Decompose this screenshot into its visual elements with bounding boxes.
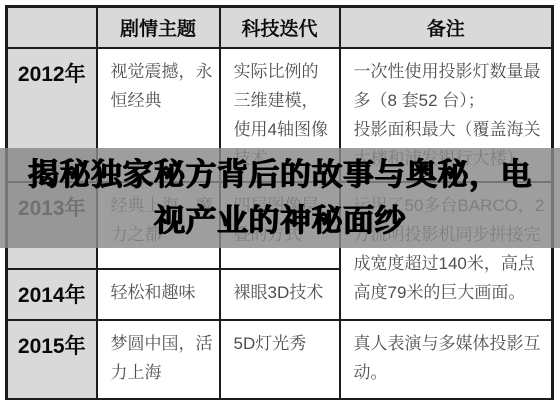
- tech-cell-2014: 裸眼3D技术: [220, 269, 340, 320]
- year-cell-2014: 2014年: [7, 269, 97, 320]
- headline-overlay: 揭秘独家秘方背后的故事与奥秘，电 视产业的神秘面纱: [0, 148, 560, 248]
- tech-cell-2015: 5D灯光秀: [220, 320, 340, 399]
- table-header-row: 剧情主题 科技迭代 备注: [7, 7, 553, 49]
- theme-cell-2015: 梦圆中国，活 力上海: [97, 320, 220, 399]
- year-cell-2015: 2015年: [7, 320, 97, 399]
- page: 剧情主题 科技迭代 备注 2012年 视觉震撼，永 恒经典 实际比例的 三维建模…: [0, 0, 560, 400]
- header-note: 备注: [340, 7, 553, 49]
- table-row: 2015年 梦圆中国，活 力上海 5D灯光秀 真人表演与多媒体投影互 动。: [7, 320, 553, 399]
- headline-title: 揭秘独家秘方背后的故事与奥秘，电 视产业的神秘面纱: [28, 152, 533, 244]
- header-tech: 科技迭代: [220, 7, 340, 49]
- header-theme: 剧情主题: [97, 7, 220, 49]
- theme-cell-2014: 轻松和趣味: [97, 269, 220, 320]
- header-year: [7, 7, 97, 49]
- note-cell-2015: 真人表演与多媒体投影互 动。: [340, 320, 553, 399]
